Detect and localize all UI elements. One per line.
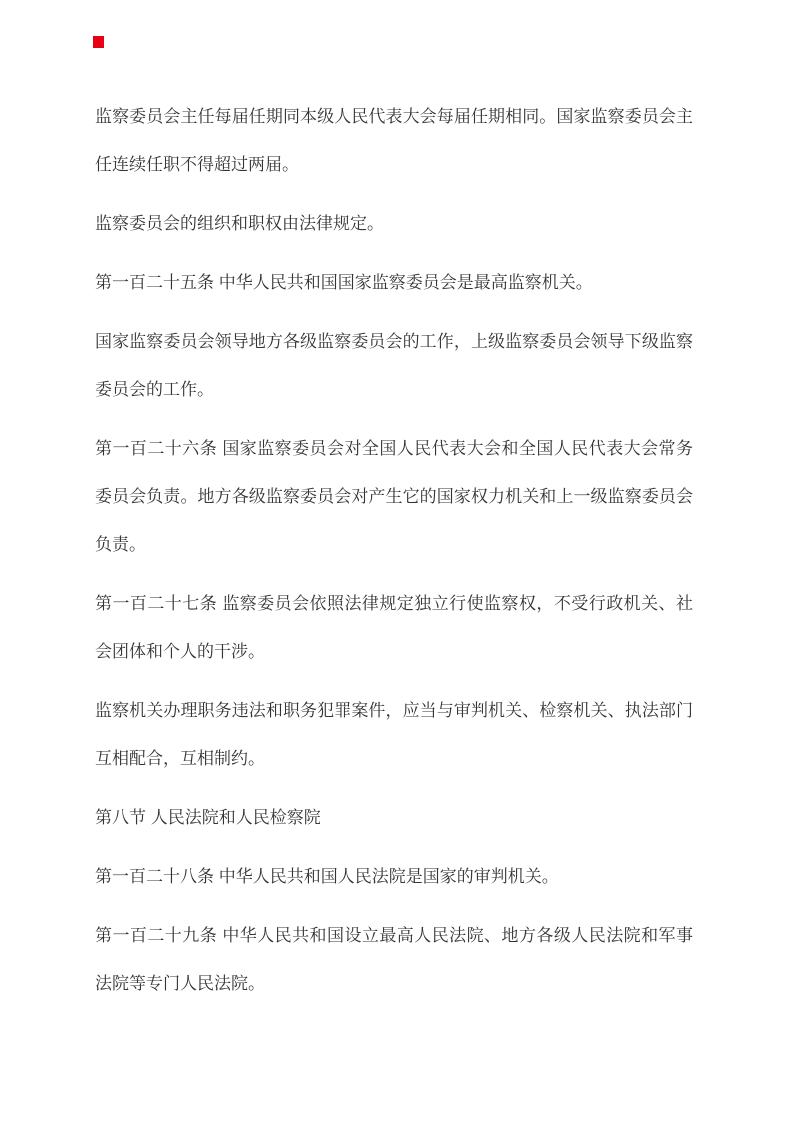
paragraph-leadership-hierarchy: 国家监察委员会领导地方各级监察委员会的工作，上级监察委员会领导下级监察委员会的工…: [95, 318, 693, 414]
paragraph-article-126: 第一百二十六条 国家监察委员会对全国人民代表大会和全国人民代表大会常务委员会负责…: [95, 425, 693, 569]
paragraph-article-127: 第一百二十七条 监察委员会依照法律规定独立行使监察权，不受行政机关、社会团体和个…: [95, 580, 693, 676]
paragraph-article-128: 第一百二十八条 中华人民共和国人民法院是国家的审判机关。: [95, 853, 693, 901]
section-heading-8: 第八节 人民法院和人民检察院: [95, 794, 693, 842]
document-page: 监察委员会主任每届任期同本级人民代表大会每届任期相同。国家监察委员会主任连续任职…: [0, 0, 793, 1122]
paragraph-case-handling: 监察机关办理职务违法和职务犯罪案件，应当与审判机关、检察机关、执法部门互相配合，…: [95, 687, 693, 783]
paragraph-article-125: 第一百二十五条 中华人民共和国国家监察委员会是最高监察机关。: [95, 259, 693, 307]
paragraph-article-129: 第一百二十九条 中华人民共和国设立最高人民法院、地方各级人民法院和军事法院等专门…: [95, 912, 693, 1008]
paragraph-organization-by-law: 监察委员会的组织和职权由法律规定。: [95, 200, 693, 248]
paragraph-term-of-office: 监察委员会主任每届任期同本级人民代表大会每届任期相同。国家监察委员会主任连续任职…: [95, 93, 693, 189]
red-marker-icon: [93, 36, 104, 48]
